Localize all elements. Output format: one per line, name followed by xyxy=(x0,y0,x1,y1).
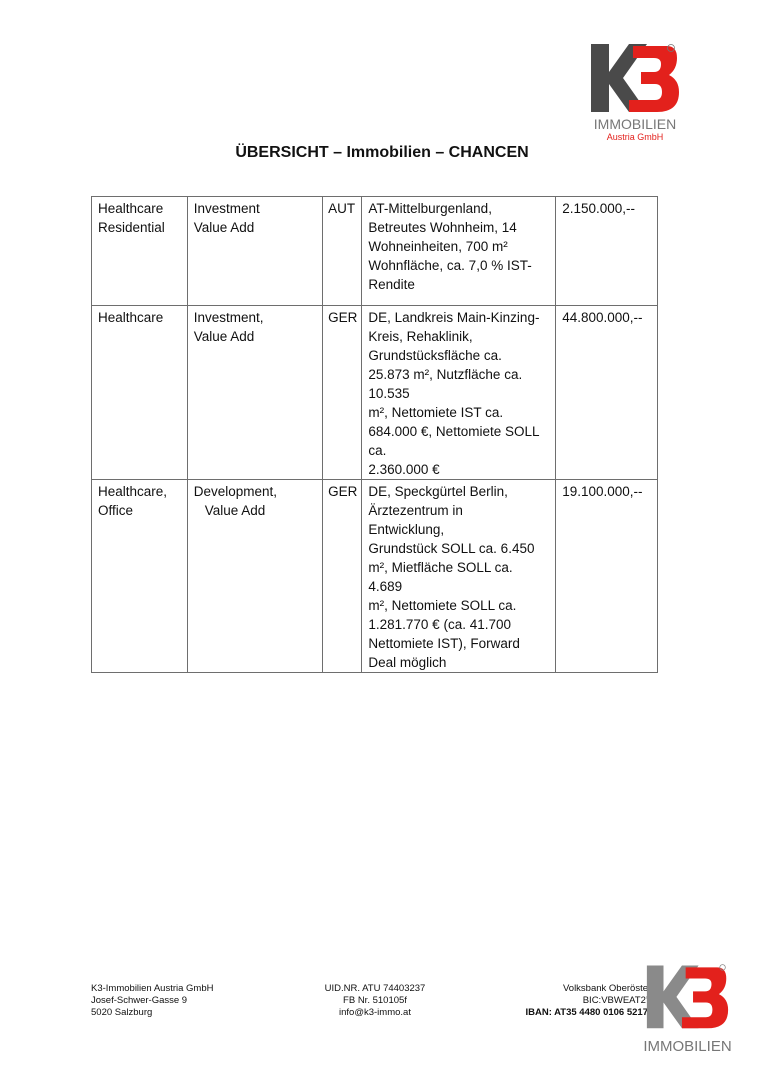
description-line: Entwicklung, xyxy=(368,520,549,539)
price-cell: 19.100.000,-- xyxy=(556,480,658,673)
price-cell: 44.800.000,-- xyxy=(556,306,658,480)
property-type-line: Healthcare xyxy=(98,308,181,327)
strategy-line: Investment, xyxy=(194,308,316,327)
description-line: Ärztezentrum in xyxy=(368,501,549,520)
property-type-cell: Healthcare Residential xyxy=(92,197,188,306)
description-line: 2.360.000 € xyxy=(368,460,549,479)
property-type-line: Healthcare, xyxy=(98,482,181,501)
footer-company-address: K3-Immobilien Austria GmbH Josef-Schwer-… xyxy=(91,983,213,1019)
table-row: Healthcare Residential Investment Value … xyxy=(92,197,658,306)
footer-register-number: FB Nr. 510105f xyxy=(300,995,450,1007)
table-row: Healthcare Investment, Value Add GER DE,… xyxy=(92,306,658,480)
footer-bank-name: Volksbank Oberöste xyxy=(480,983,648,995)
description-line: m², Nettomiete SOLL ca. xyxy=(368,596,549,615)
footer-iban: IBAN: AT35 4480 0106 5217 xyxy=(480,1007,648,1019)
description-line: 684.000 €, Nettomiete SOLL xyxy=(368,422,549,441)
strategy-line: Value Add xyxy=(194,327,316,346)
description-line: DE, Speckgürtel Berlin, xyxy=(368,482,549,501)
logo-sub-text: Austria GmbH xyxy=(585,132,685,142)
property-type-cell: Healthcare, Office xyxy=(92,480,188,673)
k3-logo-footer: IMMOBILIEN xyxy=(640,960,735,1060)
description-line: 25.873 m², Nutzfläche ca. xyxy=(368,365,549,384)
description-line: m², Mietfläche SOLL ca. xyxy=(368,558,549,577)
opportunities-table: Healthcare Residential Investment Value … xyxy=(91,196,658,673)
description-line: Kreis, Rehaklinik, xyxy=(368,327,549,346)
footer-bank-details: Volksbank Oberöste BIC:VBWEAT2’ IBAN: AT… xyxy=(480,983,648,1019)
footer-bic: BIC:VBWEAT2’ xyxy=(480,995,648,1007)
description-line: Nettomiete IST), Forward xyxy=(368,634,549,653)
logo-brand-text: IMMOBILIEN xyxy=(585,117,685,132)
footer-registration: UID.NR. ATU 74403237 FB Nr. 510105f info… xyxy=(300,983,450,1019)
country-cell: GER xyxy=(323,306,362,480)
footer-email[interactable]: info@k3-immo.at xyxy=(300,1007,450,1019)
description-line: Wohneinheiten, 700 m² xyxy=(368,237,549,256)
country-cell: AUT xyxy=(323,197,362,306)
property-type-line: Office xyxy=(98,501,181,520)
strategy-line: Value Add xyxy=(194,218,316,237)
footer-vat-id: UID.NR. ATU 74403237 xyxy=(300,983,450,995)
description-line: Grundstück SOLL ca. 6.450 xyxy=(368,539,549,558)
strategy-line: Investment xyxy=(194,199,316,218)
strategy-cell: Development, Value Add xyxy=(187,480,322,673)
k3-logo-header: IMMOBILIEN Austria GmbH xyxy=(585,38,685,146)
footer-street: Josef-Schwer-Gasse 9 xyxy=(91,995,213,1007)
k3-logo-mark-icon xyxy=(640,960,735,1032)
page-title: ÜBERSICHT – Immobilien – CHANCEN xyxy=(0,144,764,162)
price-cell: 2.150.000,-- xyxy=(556,197,658,306)
table-row: Healthcare, Office Development, Value Ad… xyxy=(92,480,658,673)
strategy-cell: Investment Value Add xyxy=(187,197,322,306)
k3-logo-mark-icon xyxy=(585,38,685,116)
description-line: 1.281.770 € (ca. 41.700 xyxy=(368,615,549,634)
description-line: Betreutes Wohnheim, 14 xyxy=(368,218,549,237)
description-line: 4.689 xyxy=(368,577,549,596)
description-line: Wohnfläche, ca. 7,0 % IST- xyxy=(368,256,549,275)
logo-brand-text: IMMOBILIEN xyxy=(640,1039,735,1055)
country-cell: GER xyxy=(323,480,362,673)
strategy-line: Development, xyxy=(194,482,316,501)
description-line: AT-Mittelburgenland, xyxy=(368,199,549,218)
description-line: Deal möglich xyxy=(368,653,549,672)
footer-city: 5020 Salzburg xyxy=(91,1007,213,1019)
description-line: Grundstücksfläche ca. xyxy=(368,346,549,365)
strategy-line: Value Add xyxy=(194,501,316,520)
strategy-cell: Investment, Value Add xyxy=(187,306,322,480)
property-type-line: Healthcare xyxy=(98,199,181,218)
property-type-cell: Healthcare xyxy=(92,306,188,480)
description-line: ca. xyxy=(368,441,549,460)
footer-company-name: K3-Immobilien Austria GmbH xyxy=(91,983,213,995)
description-cell: DE, Speckgürtel Berlin, Ärztezentrum in … xyxy=(362,480,556,673)
description-cell: AT-Mittelburgenland, Betreutes Wohnheim,… xyxy=(362,197,556,306)
description-line: m², Nettomiete IST ca. xyxy=(368,403,549,422)
description-line: 10.535 xyxy=(368,384,549,403)
description-line: Rendite xyxy=(368,275,549,294)
description-cell: DE, Landkreis Main-Kinzing- Kreis, Rehak… xyxy=(362,306,556,480)
property-type-line: Residential xyxy=(98,218,181,237)
description-line: DE, Landkreis Main-Kinzing- xyxy=(368,308,549,327)
